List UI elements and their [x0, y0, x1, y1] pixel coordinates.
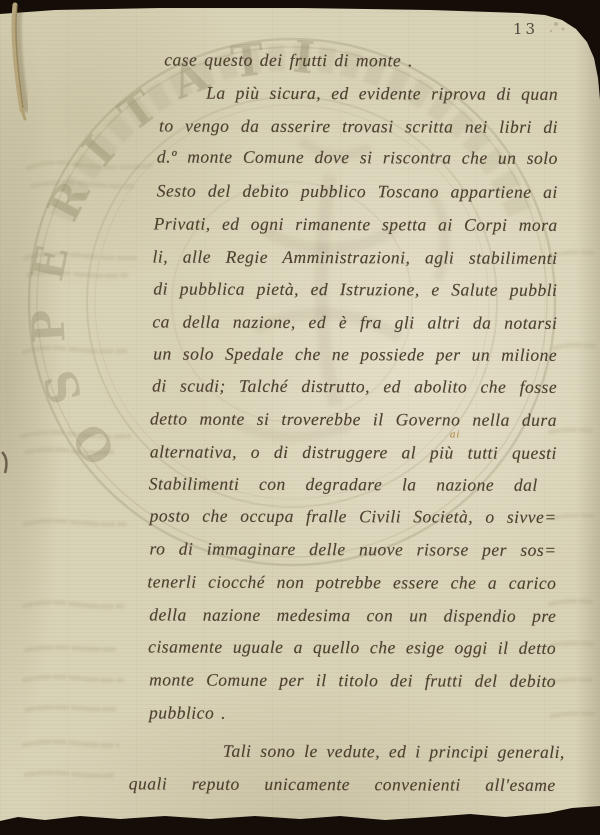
manuscript-line: li, alle Regie Amministrazioni, agli sta… [153, 246, 558, 268]
manuscript-line: Sesto del debito pubblico Toscano appart… [157, 180, 558, 202]
manuscript-line: di scudi; Talché distrutto, ed abolito c… [152, 375, 557, 397]
manuscript-line: della nazione medesima con un dispendio … [149, 604, 556, 626]
manuscript-line: to vengo da asserire trovasi scritta nei… [159, 116, 558, 138]
manuscript-line: cisamente uguale a quello che esige oggi… [148, 636, 556, 658]
manuscript-line: La più sicura, ed evidente riprova di qu… [206, 83, 558, 105]
manuscript-line: alternativa, o di distruggere al più tut… [150, 441, 557, 463]
manuscript-line: tenerli ciocché non potrebbe essere che … [147, 571, 556, 593]
manuscript-line: posto che occupa fralle Civili Società, … [150, 505, 557, 527]
manuscript-line: ca della nazione, ed è fra gli altri da … [152, 311, 557, 333]
manuscript-line: un solo Spedale che ne possiede per un m… [153, 343, 557, 365]
manuscript-line: detto monte si troverebbe il Governo nel… [150, 408, 557, 430]
manuscript-text: case questo dei frutti di monte . La più… [0, 0, 600, 835]
manuscript-line: case questo dei frutti di monte . [164, 50, 413, 72]
manuscript-line: pubblico . [149, 702, 226, 723]
manuscript-page: OSPERITATI [0, 0, 600, 835]
manuscript-line: monte Comune per il titolo dei frutti de… [149, 669, 556, 691]
manuscript-line: Stabilimenti con degradare la nazione da… [149, 473, 538, 495]
manuscript-line: ro di immaginare delle nuove risorse per… [150, 538, 557, 560]
manuscript-line: d.º monte Comune dove si riscontra che u… [157, 146, 558, 168]
manuscript-line: Privati, ed ogni rimanente spetta ai Cor… [154, 213, 558, 235]
manuscript-line: Tali sono le vedute, ed i principi gener… [223, 741, 565, 763]
manuscript-line: quali reputo unicamente convenienti all'… [129, 773, 556, 795]
manuscript-line: di pubblica pietà, ed Istruzione, e Salu… [153, 278, 557, 300]
interlinear-insertion: ai [450, 429, 461, 441]
